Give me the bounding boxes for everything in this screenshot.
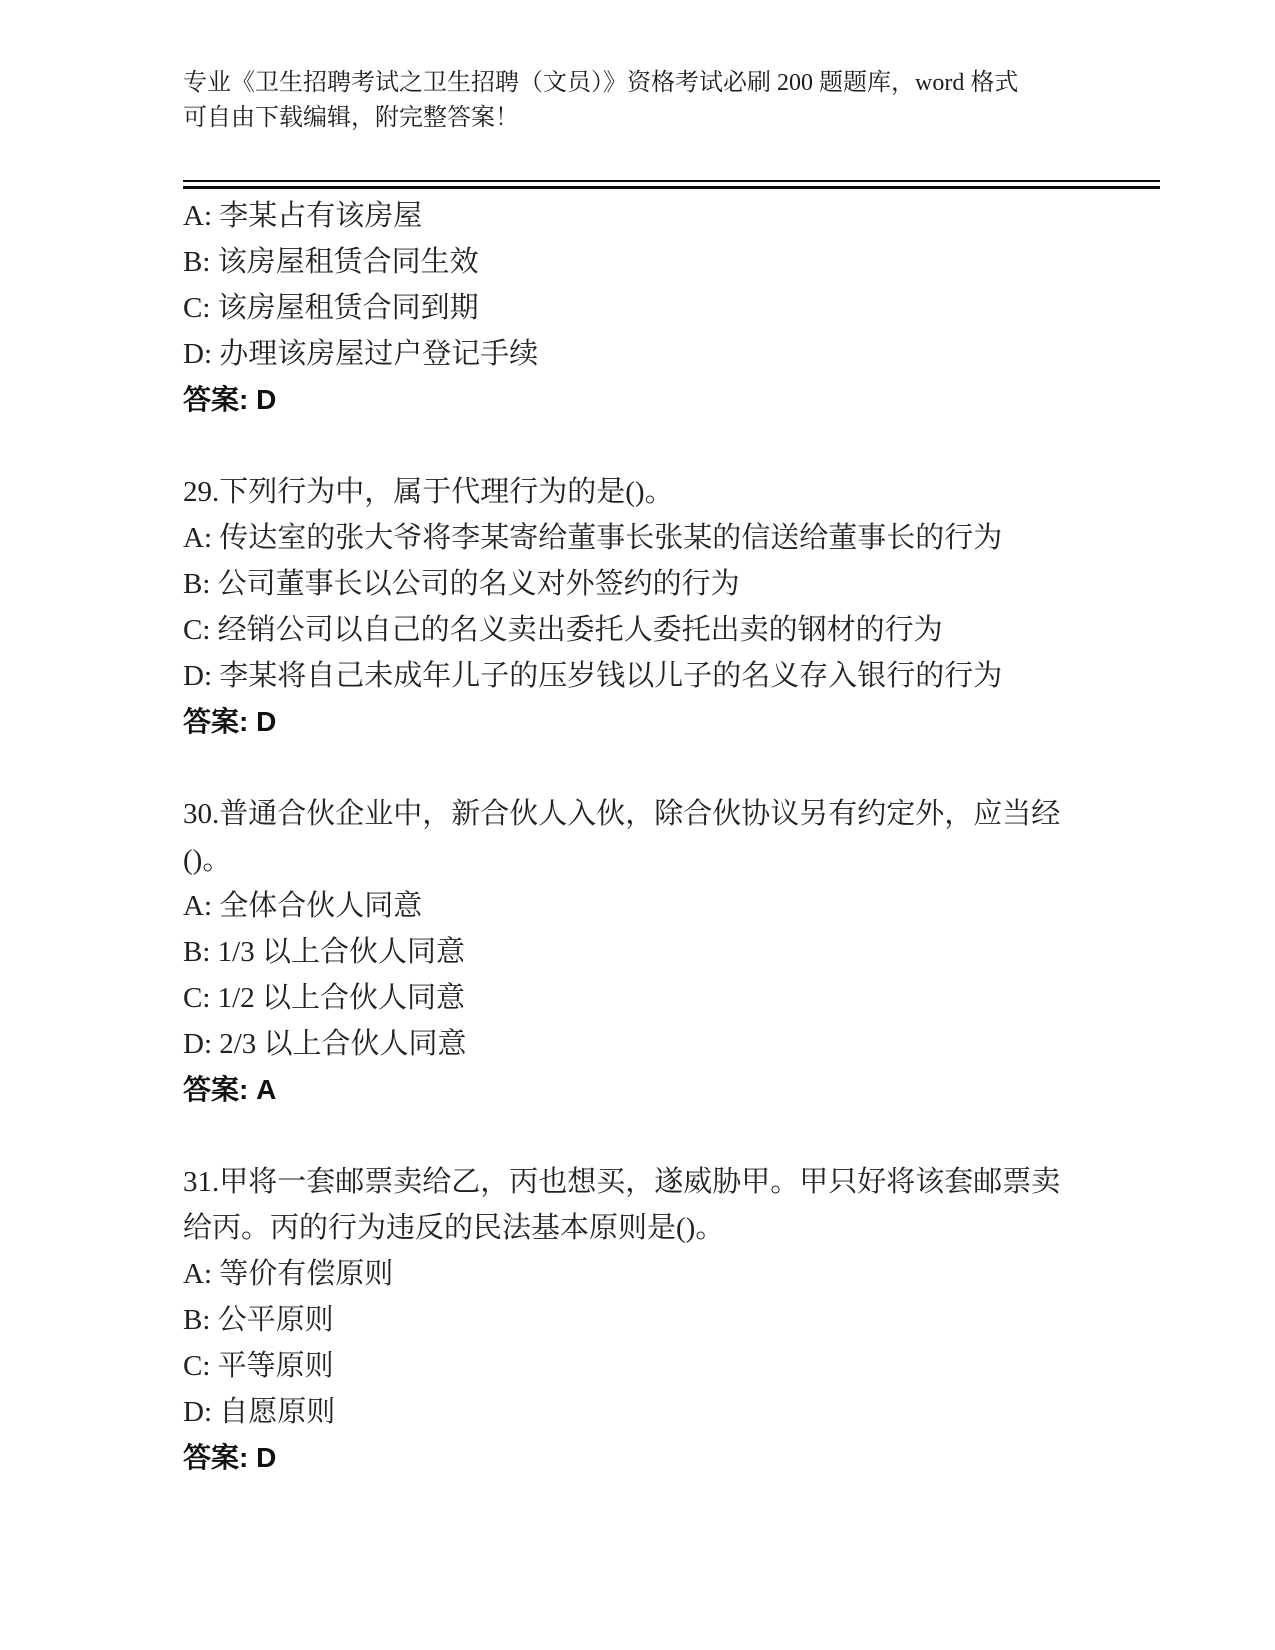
answer-line: 答案: D <box>183 699 1163 745</box>
option-b: B: 公平原则 <box>183 1297 1163 1343</box>
answer-line: 答案: A <box>183 1067 1163 1113</box>
option-a: A: 传达室的张大爷将李某寄给董事长张某的信送给董事长的行为 <box>183 515 1163 561</box>
question-block-31: 31.甲将一套邮票卖给乙，丙也想买，遂威胁甲。甲只好将该套邮票卖 给丙。丙的行为… <box>183 1159 1163 1481</box>
document-content: 专业《卫生招聘考试之卫生招聘（文员）》资格考试必刷 200 题题库，word 格… <box>183 0 1163 1481</box>
question-block-28: A: 李某占有该房屋 B: 该房屋租赁合同生效 C: 该房屋租赁合同到期 D: … <box>183 193 1163 423</box>
header-line-2: 可自由下载编辑，附完整答案！ <box>183 101 1163 136</box>
answer-line: 答案: D <box>183 377 1163 423</box>
option-a: A: 全体合伙人同意 <box>183 883 1163 929</box>
option-b: B: 公司董事长以公司的名义对外签约的行为 <box>183 561 1163 607</box>
question-block-30: 30.普通合伙企业中，新合伙人入伙，除合伙协议另有约定外，应当经 ()。 A: … <box>183 791 1163 1113</box>
option-d: D: 自愿原则 <box>183 1389 1163 1435</box>
header-double-rule <box>183 180 1160 189</box>
question-text-line-1: 31.甲将一套邮票卖给乙，丙也想买，遂威胁甲。甲只好将该套邮票卖 <box>183 1159 1163 1205</box>
option-a: A: 李某占有该房屋 <box>183 193 1163 239</box>
option-d: D: 李某将自己未成年儿子的压岁钱以儿子的名义存入银行的行为 <box>183 653 1163 699</box>
answer-line: 答案: D <box>183 1435 1163 1481</box>
option-b: B: 1/3 以上合伙人同意 <box>183 929 1163 975</box>
option-c: C: 经销公司以自己的名义卖出委托人委托出卖的钢材的行为 <box>183 607 1163 653</box>
document-header: 专业《卫生招聘考试之卫生招聘（文员）》资格考试必刷 200 题题库，word 格… <box>183 66 1163 136</box>
option-c: C: 平等原则 <box>183 1343 1163 1389</box>
option-b: B: 该房屋租赁合同生效 <box>183 239 1163 285</box>
option-d: D: 2/3 以上合伙人同意 <box>183 1021 1163 1067</box>
question-text-line-1: 30.普通合伙企业中，新合伙人入伙，除合伙协议另有约定外，应当经 <box>183 791 1163 837</box>
option-c: C: 1/2 以上合伙人同意 <box>183 975 1163 1021</box>
question-block-29: 29.下列行为中，属于代理行为的是()。 A: 传达室的张大爷将李某寄给董事长张… <box>183 469 1163 745</box>
header-line-1: 专业《卫生招聘考试之卫生招聘（文员）》资格考试必刷 200 题题库，word 格… <box>183 66 1163 101</box>
option-a: A: 等价有偿原则 <box>183 1251 1163 1297</box>
question-text: 29.下列行为中，属于代理行为的是()。 <box>183 469 1163 515</box>
document-page: 专业《卫生招聘考试之卫生招聘（文员）》资格考试必刷 200 题题库，word 格… <box>0 0 1275 1650</box>
question-text-line-2: ()。 <box>183 837 1163 883</box>
option-c: C: 该房屋租赁合同到期 <box>183 285 1163 331</box>
question-text-line-2: 给丙。丙的行为违反的民法基本原则是()。 <box>183 1205 1163 1251</box>
option-d: D: 办理该房屋过户登记手续 <box>183 331 1163 377</box>
